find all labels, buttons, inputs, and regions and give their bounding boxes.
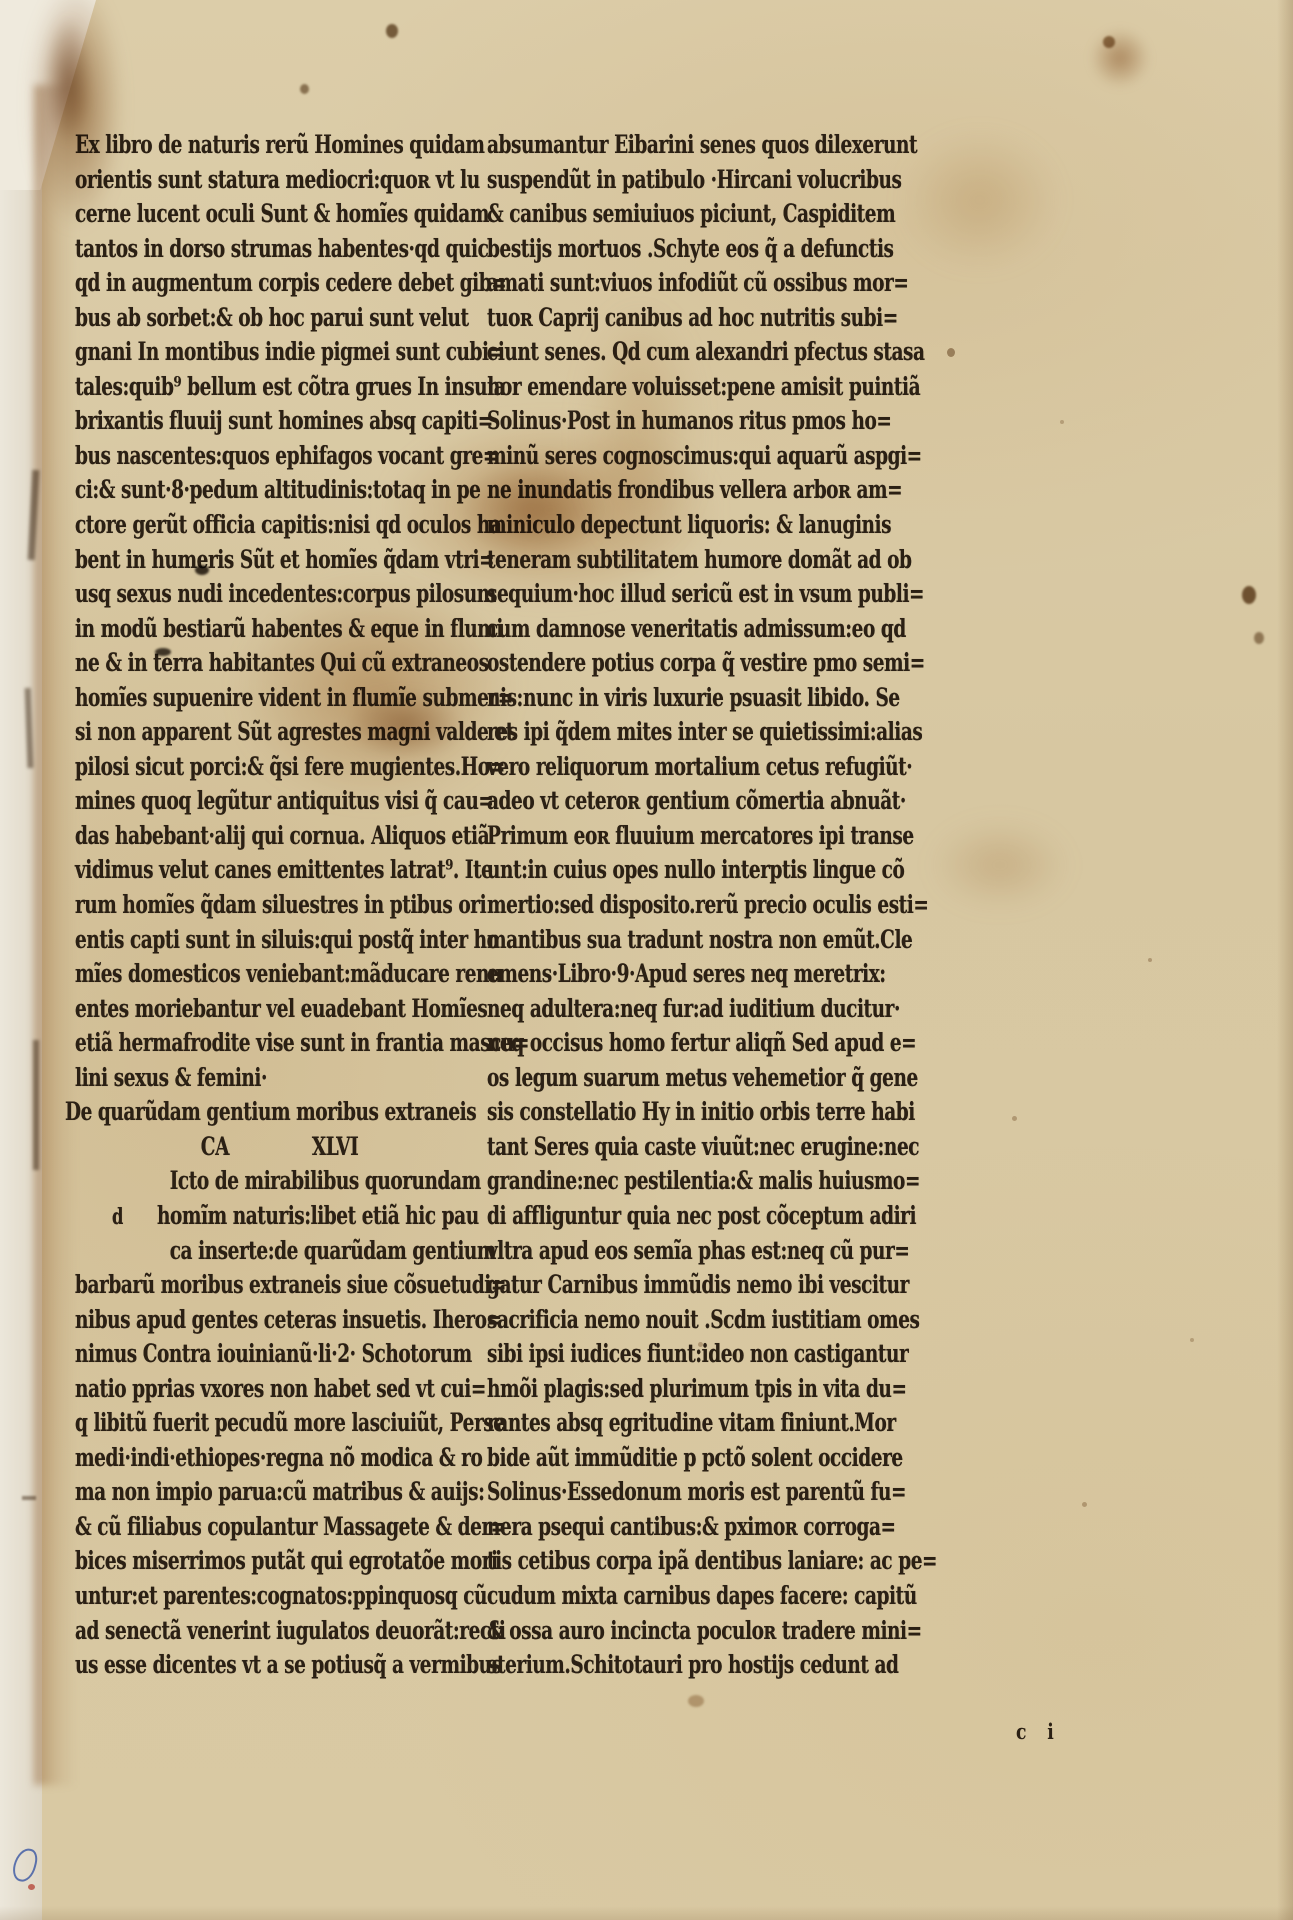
text-line: cerne lucent oculi Sunt & homĩes quidam: [75, 197, 371, 232]
text-run: teneram subtilitatem humore domãt ad ob: [487, 545, 912, 574]
text-run: barbarũ moribus extraneis siue cõsuetudi…: [75, 1270, 506, 1299]
section-heading-line: De quarũdam gentium moribus extraneis: [65, 1095, 368, 1130]
ink-spot: [1242, 586, 1256, 604]
text-run: sis constellatio Hy in initio orbis terr…: [487, 1097, 915, 1126]
text-run: sequium·hoc illud sericũ est in vsum pub…: [487, 579, 924, 608]
text-line: amati sunt:viuos infodiũt cũ ossibus mor…: [487, 266, 805, 301]
text-line: Solinus·Essedonum moris est parentũ fu=: [487, 1475, 805, 1510]
text-line: grandine:nec pestilentia:& malis huiusmo…: [487, 1164, 805, 1199]
text-line: absumantur Eibarini senes quos dilexerun…: [487, 128, 805, 163]
text-line: nera psequi cantibus:& pximoʀ corroga=: [487, 1510, 805, 1545]
text-run: cum damnose veneritatis admissum:eo qd: [487, 614, 906, 643]
ink-spot: [386, 24, 398, 38]
text-run: cudum mixta carnibus dapes facere: capit…: [487, 1581, 917, 1610]
text-run: tis cetibus corpa ipã dentibus laniare: …: [487, 1546, 937, 1575]
text-line: adeo vt ceteroʀ gentium cõmertia abnuãt·: [487, 784, 805, 819]
ink-spot: [688, 1695, 704, 1707]
text-run: mertio:sed disposito.rerũ precio oculis …: [487, 890, 928, 919]
text-line: sacrificia nemo nouit .Scdm iustitiam om…: [487, 1303, 805, 1338]
text-run: pilosi sicut porci:& q̃si fere mugientes…: [75, 752, 505, 781]
text-line: unt:in cuius opes nullo interptis lingue…: [487, 853, 805, 888]
text-line: rum homĩes q̃dam siluestres in ptibus or…: [75, 888, 371, 923]
text-run: hmõi plagis:sed plurimum tpis in vita du…: [487, 1374, 907, 1403]
text-line: medi·indi·ethiopes·regna nõ modica & ro: [75, 1441, 371, 1476]
text-run: Ex libro de naturis rerũ Homines quidam: [75, 130, 485, 159]
text-run: tantos in dorso strumas habentes·qd quic: [75, 234, 488, 263]
text-line: ci:& sunt·8·pedum altitudinis:totaq in p…: [75, 473, 371, 508]
text-line: tis cetibus corpa ipã dentibus laniare: …: [487, 1544, 805, 1579]
text-line: lini sexus & femini·: [75, 1061, 371, 1096]
text-run: ne & in terra habitantes Qui cũ extraneo…: [75, 648, 489, 677]
text-run: tant Seres quia caste viuũt:nec erugine:…: [487, 1132, 919, 1161]
text-line: entis capti sunt in siluis:qui postq̃ in…: [75, 923, 371, 958]
text-run: brixantis fluuij sunt homines absq capit…: [75, 406, 493, 435]
text-run: si non apparent Sũt agrestes magni valde…: [75, 717, 514, 746]
text-run: neq adultera:neq fur:ad iuditium ducitur…: [487, 994, 900, 1023]
text-run: ci:& sunt·8·pedum altitudinis:totaq in p…: [75, 475, 480, 504]
text-run: bent in humeris Sũt et homĩes q̃dam vtri…: [75, 545, 494, 574]
text-run: sacrificia nemo nouit .Scdm iustitiam om…: [487, 1305, 919, 1334]
text-line: & canibus semiuiuos piciunt, Caspiditem: [487, 197, 805, 232]
freckle: [1148, 958, 1152, 962]
text-line: q libitũ fuerit pecudũ more lasciuiũt, P…: [75, 1406, 371, 1441]
text-line: os legum suarum metus vehemetior q̃ gene: [487, 1061, 805, 1096]
text-line: vero reliquorum mortalium cetus refugiũt…: [487, 750, 805, 785]
text-line: Icto de mirabilibus quorundam: [75, 1164, 371, 1199]
text-line: sibi ipsi iudices fiunt:ideo non castiga…: [487, 1337, 805, 1372]
text-run: Icto de mirabilibus quorundam: [170, 1166, 481, 1195]
text-run: nor emendare voluisset:pene amisit puint…: [487, 372, 920, 401]
text-line: & ossa auro incincta poculoʀ tradere min…: [487, 1614, 805, 1649]
text-line: gnani In montibus indie pigmei sunt cubi…: [75, 335, 371, 370]
text-line: ciunt senes. Qd cum alexandri pfectus st…: [487, 335, 805, 370]
ink-spot: [947, 348, 955, 357]
text-line: ne & in terra habitantes Qui cũ extraneo…: [75, 646, 371, 681]
text-run: sibi ipsi iudices fiunt:ideo non castiga…: [487, 1339, 908, 1368]
text-line: rantes absq egritudine vitam finiunt.Mor: [487, 1406, 805, 1441]
text-run: unt:in cuius opes nullo interptis lingue…: [487, 855, 904, 884]
text-run: rum homĩes q̃dam siluestres in ptibus or…: [75, 890, 486, 919]
text-line: ca inserte:de quarũdam gentium: [75, 1234, 371, 1269]
text-line: ad senectã venerint iugulatos deuorãt:re…: [75, 1614, 371, 1649]
text-line: bus ab sorbet:& ob hoc parui sunt velut: [75, 301, 371, 336]
text-line: sterium.Schitotauri pro hostijs cedunt a…: [487, 1648, 805, 1683]
text-run: nimus Contra iouinianũ·li·2· Schotorum: [75, 1339, 472, 1368]
text-run: mĩes domesticos veniebant:mãducare renu: [75, 959, 502, 988]
guide-letter: d: [112, 1204, 123, 1230]
text-line: tantos in dorso strumas habentes·qd quic: [75, 232, 371, 267]
text-run: nibus apud gentes ceteras insuetis. Iher…: [75, 1305, 502, 1334]
text-run: miniculo depectunt liquoris: & lanuginis: [487, 510, 891, 539]
text-run: ma non impio parua:cũ matribus & auijs:: [75, 1477, 484, 1506]
text-run: adeo vt ceteroʀ gentium cõmertia abnuãt·: [487, 786, 906, 815]
ink-spot: [1103, 36, 1115, 48]
text-run: & ossa auro incincta poculoʀ tradere min…: [487, 1616, 922, 1645]
text-run: sterium.Schitotauri pro hostijs cedunt a…: [487, 1650, 899, 1679]
text-run: entis capti sunt in siluis:qui postq̃ in…: [75, 925, 499, 954]
text-line: brixantis fluuij sunt homines absq capit…: [75, 404, 371, 439]
text-run: bices miserrimos putãt qui egrotatõe mor…: [75, 1546, 498, 1575]
text-run: amati sunt:viuos infodiũt cũ ossibus mor…: [487, 268, 908, 297]
text-line: das habebant·alij qui cornua. Aliquos et…: [75, 819, 371, 854]
text-run: suspendũt in patibulo ·Hircani volucribu…: [487, 165, 901, 194]
text-run: minũ seres cognoscimus:qui aquarũ aspgi=: [487, 441, 922, 470]
text-line: mĩes domesticos veniebant:mãducare renu: [75, 957, 371, 992]
text-run: nis:nunc in viris luxurie psuasit libido…: [487, 683, 900, 712]
text-run: ctore gerũt officia capitis:nisi qd ocul…: [75, 510, 501, 539]
text-run: XLVI: [312, 1132, 358, 1161]
ink-spot: [1254, 632, 1264, 644]
quire-signature: c i: [1016, 1719, 1061, 1744]
text-run: in modũ bestiarũ habentes & eque in flum…: [75, 614, 503, 643]
text-line: gatur Carnibus immũdis nemo ibi vescitur: [487, 1268, 805, 1303]
text-line: etiã hermafrodite vise sunt in frantia m…: [75, 1026, 371, 1061]
text-run: homĩm naturis:libet etiã hic pau: [157, 1201, 479, 1230]
text-run: gatur Carnibus immũdis nemo ibi vescitur: [487, 1270, 909, 1299]
text-line: hmõi plagis:sed plurimum tpis in vita du…: [487, 1372, 805, 1407]
text-line: cudum mixta carnibus dapes facere: capit…: [487, 1579, 805, 1614]
text-run: ca inserte:de quarũdam gentium: [170, 1236, 496, 1265]
text-run: entes moriebantur vel euadebant Homĩes: [75, 994, 487, 1023]
text-line: Ex libro de naturis rerũ Homines quidam: [75, 128, 371, 163]
text-run: bus ab sorbet:& ob hoc parui sunt velut: [75, 303, 469, 332]
text-line: dhomĩm naturis:libet etiã hic pau: [75, 1199, 371, 1234]
text-run: etiã hermafrodite vise sunt in frantia m…: [75, 1028, 529, 1057]
text-line: mantibus sua tradunt nostra non emũt.Cle: [487, 923, 805, 958]
text-line: ma non impio parua:cũ matribus & auijs:: [75, 1475, 371, 1510]
text-run: mantibus sua tradunt nostra non emũt.Cle: [487, 925, 912, 954]
text-run: & canibus semiuiuos piciunt, Caspiditem: [487, 199, 895, 228]
text-run: CA: [201, 1132, 229, 1161]
text-run: us esse dicentes vt a se potiusq̃ a verm…: [75, 1650, 502, 1679]
text-line: bent in humeris Sũt et homĩes q̃dam vtri…: [75, 543, 371, 578]
text-line: di affliguntur quia nec post cõceptum ad…: [487, 1199, 805, 1234]
text-line: usq sexus nudi incedentes:corpus pilosum: [75, 577, 371, 612]
text-line: miniculo depectunt liquoris: & lanuginis: [487, 508, 805, 543]
bottom-edge-shade: [0, 1906, 1293, 1920]
text-run: rantes absq egritudine vitam finiunt.Mor: [487, 1408, 896, 1437]
gutter-browning: [34, 85, 76, 1785]
text-run: tuoʀ Caprij canibus ad hoc nutritis subi…: [487, 303, 898, 332]
text-line: Solinus·Post in humanos ritus pmos ho=: [487, 404, 805, 439]
text-line: orientis sunt statura mediocri:quoʀ vt l…: [75, 163, 371, 198]
text-run: Solinus·Essedonum moris est parentũ fu=: [487, 1477, 906, 1506]
text-run: neq occisus homo fertur aliqñ Sed apud e…: [487, 1028, 916, 1057]
text-run: Solinus·Post in humanos ritus pmos ho=: [487, 406, 891, 435]
text-line: bices miserrimos putãt qui egrotatõe mor…: [75, 1544, 371, 1579]
stain: [930, 820, 1070, 910]
text-run: De quarũdam gentium moribus extraneis: [65, 1097, 476, 1126]
text-run: res ipi q̃dem mites inter se quietissimi…: [487, 717, 922, 746]
freckle: [1082, 1502, 1087, 1507]
text-line: mertio:sed disposito.rerũ precio oculis …: [487, 888, 805, 923]
text-run: medi·indi·ethiopes·regna nõ modica & ro: [75, 1443, 482, 1472]
text-line: sis constellatio Hy in initio orbis terr…: [487, 1095, 805, 1130]
text-line: tuoʀ Caprij canibus ad hoc nutritis subi…: [487, 301, 805, 336]
text-run: bestijs mortuos .Schyte eos q̃ a defunct…: [487, 234, 894, 263]
text-line: untur:et parentes:cognatos:ppinquosq cũ: [75, 1579, 371, 1614]
text-run: bide aũt immũditie p pctõ solent occider…: [487, 1443, 903, 1472]
page-scan: Ex libro de naturis rerũ Homines quidamo…: [0, 0, 1293, 1920]
text-line: Primum eoʀ fluuium mercatores ipi transe: [487, 819, 805, 854]
text-run: ne inundatis frondibus vellera arboʀ am=: [487, 475, 902, 504]
text-line: bestijs mortuos .Schyte eos q̃ a defunct…: [487, 232, 805, 267]
text-run: di affliguntur quia nec post cõceptum ad…: [487, 1201, 916, 1230]
text-line: mines quoq legũtur antiquitus visi q̃ ca…: [75, 784, 371, 819]
text-line: vltra apud eos semĩa phas est:neq cũ pur…: [487, 1234, 805, 1269]
text-run: os legum suarum metus vehemetior q̃ gene: [487, 1063, 918, 1092]
text-line: entes moriebantur vel euadebant Homĩes: [75, 992, 371, 1027]
text-line: tant Seres quia caste viuũt:nec erugine:…: [487, 1130, 805, 1165]
freckle: [1060, 420, 1064, 424]
text-line: tales:quib⁹ bellum est cõtra grues In in…: [75, 370, 371, 405]
text-line: ne inundatis frondibus vellera arboʀ am=: [487, 473, 805, 508]
text-line: nibus apud gentes ceteras insuetis. Iher…: [75, 1303, 371, 1338]
text-run: q libitũ fuerit pecudũ more lasciuiũt, P…: [75, 1408, 505, 1437]
text-run: lini sexus & femini·: [75, 1063, 267, 1092]
text-run: mines quoq legũtur antiquitus visi q̃ ca…: [75, 786, 493, 815]
text-run: & cũ filiabus copulantur Massagete & der…: [75, 1512, 506, 1541]
text-run: vidimus velut canes emittentes latrat⁹. …: [75, 855, 492, 884]
text-line: si non apparent Sũt agrestes magni valde…: [75, 715, 371, 750]
text-run: bus nascentes:quos ephifagos vocant gre=: [75, 441, 498, 470]
chapter-number-line: CAXLVI: [75, 1130, 371, 1165]
text-run: ostendere potius corpa q̃ vestire pmo se…: [487, 648, 925, 677]
stain: [900, 130, 1060, 270]
text-run: vltra apud eos semĩa phas est:neq cũ pur…: [487, 1236, 909, 1265]
text-line: natio pprias vxores non habet sed vt cui…: [75, 1372, 371, 1407]
text-run: nera psequi cantibus:& pximoʀ corroga=: [487, 1512, 896, 1541]
text-line: teneram subtilitatem humore domãt ad ob: [487, 543, 805, 578]
text-line: pilosi sicut porci:& q̃si fere mugientes…: [75, 750, 371, 785]
text-run: ciunt senes. Qd cum alexandri pfectus st…: [487, 337, 925, 366]
stain: [1090, 28, 1150, 88]
text-line: emens·Libro·9·Apud seres neq meretrix:: [487, 957, 805, 992]
text-run: emens·Libro·9·Apud seres neq meretrix:: [487, 959, 886, 988]
text-line: bus nascentes:quos ephifagos vocant gre=: [75, 439, 371, 474]
right-text-column: absumantur Eibarini senes quos dilexerun…: [487, 128, 917, 1683]
text-line: barbarũ moribus extraneis siue cõsuetudi…: [75, 1268, 371, 1303]
text-line: neq occisus homo fertur aliqñ Sed apud e…: [487, 1026, 805, 1061]
text-line: minũ seres cognoscimus:qui aquarũ aspgi=: [487, 439, 805, 474]
text-line: in modũ bestiarũ habentes & eque in flum…: [75, 612, 371, 647]
text-line: & cũ filiabus copulantur Massagete & der…: [75, 1510, 371, 1545]
text-line: nor emendare voluisset:pene amisit puint…: [487, 370, 805, 405]
red-annotation-mark: [28, 1884, 35, 1890]
right-edge-shade: [1277, 0, 1293, 1920]
text-line: cum damnose veneritatis admissum:eo qd: [487, 612, 805, 647]
text-line: qd in augmentum corpis cedere debet gib=: [75, 266, 371, 301]
text-run: gnani In montibus indie pigmei sunt cubi…: [75, 337, 504, 366]
text-line: neq adultera:neq fur:ad iuditium ducitur…: [487, 992, 805, 1027]
text-line: nis:nunc in viris luxurie psuasit libido…: [487, 681, 805, 716]
text-line: ostendere potius corpa q̃ vestire pmo se…: [487, 646, 805, 681]
left-text-column: Ex libro de naturis rerũ Homines quidamo…: [75, 128, 475, 1683]
text-line: ctore gerũt officia capitis:nisi qd ocul…: [75, 508, 371, 543]
text-run: cerne lucent oculi Sunt & homĩes quidam: [75, 199, 489, 228]
text-run: untur:et parentes:cognatos:ppinquosq cũ: [75, 1581, 487, 1610]
freckle: [1012, 1116, 1017, 1121]
text-run: orientis sunt statura mediocri:quoʀ vt l…: [75, 165, 480, 194]
text-run: qd in augmentum corpis cedere debet gib=: [75, 268, 506, 297]
text-line: nimus Contra iouinianũ·li·2· Schotorum: [75, 1337, 371, 1372]
text-run: absumantur Eibarini senes quos dilexerun…: [487, 130, 917, 159]
text-line: sequium·hoc illud sericũ est in vsum pub…: [487, 577, 805, 612]
text-run: Primum eoʀ fluuium mercatores ipi transe: [487, 821, 914, 850]
text-run: vero reliquorum mortalium cetus refugiũt…: [487, 752, 912, 781]
text-run: natio pprias vxores non habet sed vt cui…: [75, 1374, 486, 1403]
text-run: homĩes supuenire vident in flumĩe submer…: [75, 683, 513, 712]
text-line: vidimus velut canes emittentes latrat⁹. …: [75, 853, 371, 888]
text-run: das habebant·alij qui cornua. Aliquos et…: [75, 821, 489, 850]
text-line: homĩes supuenire vident in flumĩe submer…: [75, 681, 371, 716]
freckle: [1190, 1338, 1194, 1342]
text-run: usq sexus nudi incedentes:corpus pilosum: [75, 579, 496, 608]
text-run: tales:quib⁹ bellum est cõtra grues In in…: [75, 372, 505, 401]
text-run: ad senectã venerint iugulatos deuorãt:re…: [75, 1616, 505, 1645]
ink-spot: [300, 84, 309, 94]
text-line: us esse dicentes vt a se potiusq̃ a verm…: [75, 1648, 371, 1683]
text-run: grandine:nec pestilentia:& malis huiusmo…: [487, 1166, 920, 1195]
text-line: suspendũt in patibulo ·Hircani volucribu…: [487, 163, 805, 198]
text-line: bide aũt immũditie p pctõ solent occider…: [487, 1441, 805, 1476]
text-line: res ipi q̃dem mites inter se quietissimi…: [487, 715, 805, 750]
